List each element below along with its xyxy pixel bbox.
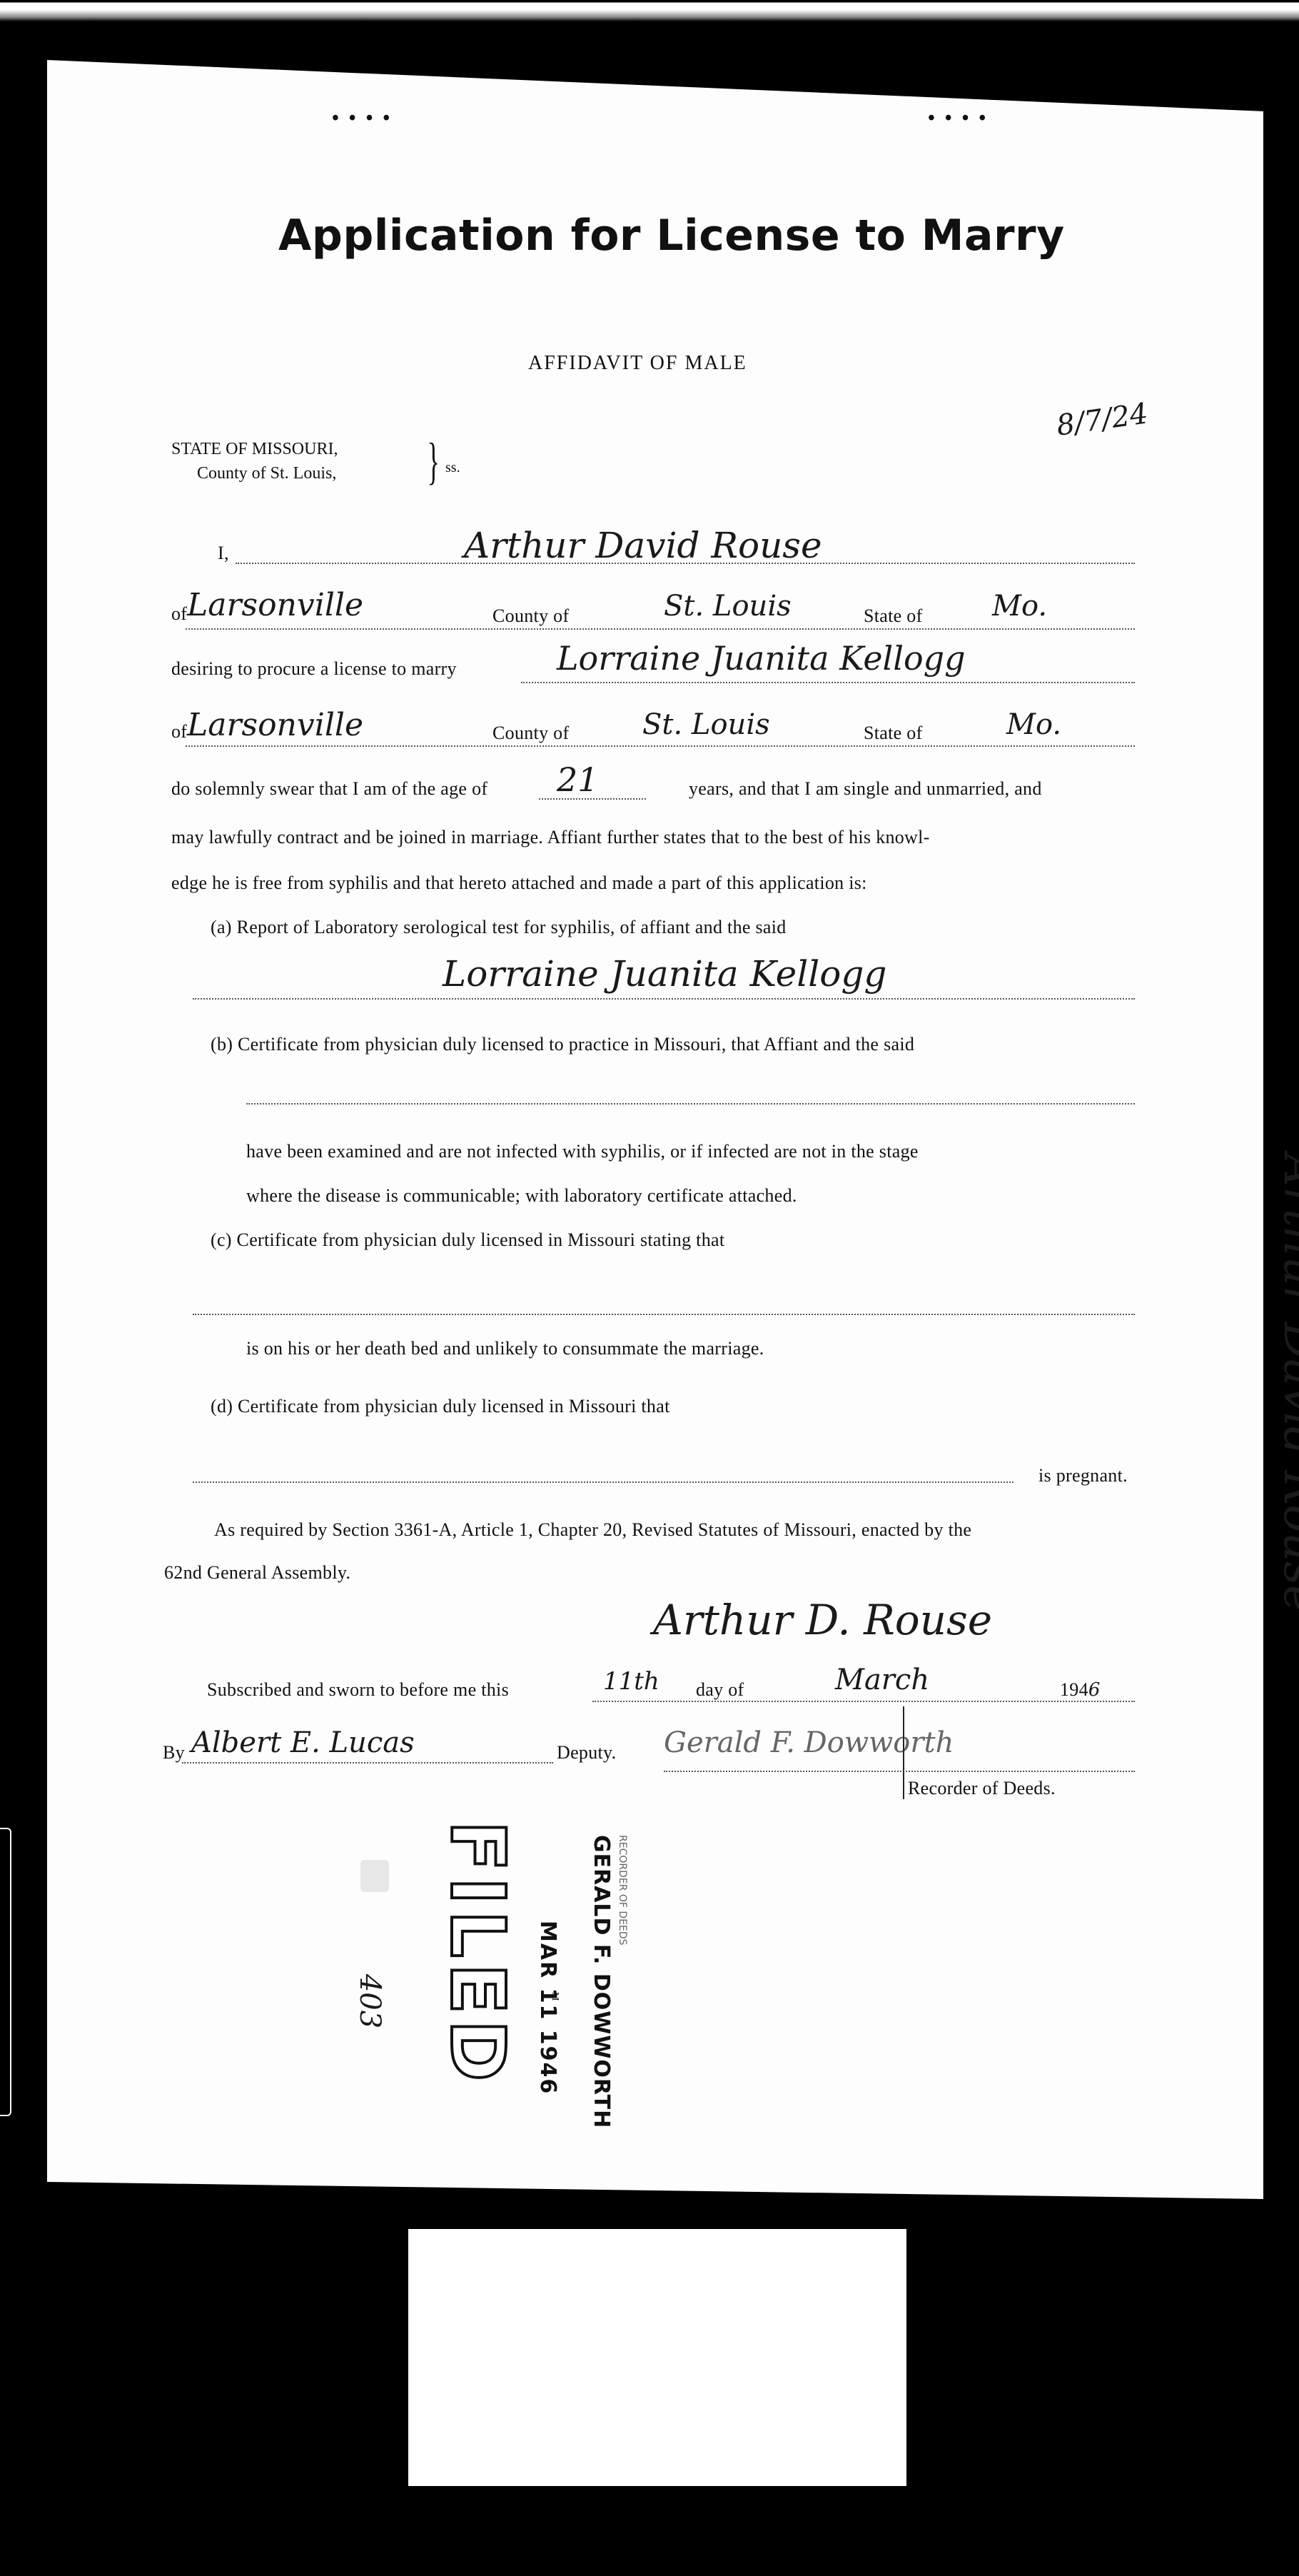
affiant-signature: Arthur D. Rouse (653, 1596, 992, 1644)
stamp-mark: M (549, 1992, 560, 2001)
clause-c-line (193, 1314, 1135, 1315)
intended-name-line (521, 682, 1135, 683)
label-desiring: desiring to procure a license to marry (171, 658, 457, 680)
label-of-2: of (171, 721, 187, 743)
punch-marks-left: •••• (332, 107, 400, 130)
deputy-signature: Albert E. Lucas (191, 1726, 415, 1759)
label-county-of: County of (492, 605, 569, 627)
document-page (47, 60, 1263, 2199)
affiant-residence-line (186, 628, 1135, 630)
page-number: 403 (353, 1974, 386, 2028)
sworn-year: 1946 (1060, 1679, 1101, 1701)
scan-top-edge (0, 0, 1299, 21)
clause-d-end: is pregnant. (1038, 1465, 1128, 1486)
document-title: Application for License to Marry (278, 211, 1065, 261)
label-recorder: Recorder of Deeds. (908, 1778, 1056, 1799)
year-prefix: 194 (1060, 1679, 1088, 1700)
label-state-of: State of (864, 605, 923, 627)
ink-smudge (360, 1860, 389, 1892)
label-state-of-2: State of (864, 723, 923, 744)
statute-line-1: As required by Section 3361-A, Article 1… (214, 1519, 971, 1541)
margin-signature: Arthur David Rouse (1273, 1154, 1299, 1612)
clause-a: (a) Report of Laboratory serological tes… (211, 917, 787, 938)
intended-city-field: Larsonville (187, 707, 363, 743)
intended-name-field: Lorraine Juanita Kellogg (557, 639, 966, 678)
venue-ss: ss. (445, 460, 460, 476)
scan-left-edge-fragment (0, 1828, 11, 2116)
oath-suffix: years, and that I am single and unmarrie… (689, 778, 1042, 800)
clause-c: (c) Certificate from physician duly lice… (211, 1229, 724, 1251)
label-i: I, (218, 543, 229, 564)
venue-county: County of St. Louis, (171, 461, 338, 485)
clause-a-name-field: Lorraine Juanita Kellogg (443, 953, 886, 995)
venue-state: STATE OF MISSOURI, (171, 437, 338, 461)
deputy-line (182, 1762, 553, 1764)
clause-a-line (193, 998, 1135, 1000)
clause-c-line-2: is on his or her death bed and unlikely … (246, 1338, 764, 1359)
clause-b-line-2: have been examined and are not infected … (246, 1141, 919, 1162)
filed-stamp: RECORDER OF DEEDS GERALD F. DOWWORTH MAR… (443, 1813, 628, 2156)
age-field: 21 (557, 760, 599, 799)
sworn-day-field: 11th (603, 1667, 659, 1696)
clause-b-line (246, 1103, 1135, 1105)
clause-d: (d) Certificate from physician duly lice… (211, 1396, 670, 1417)
affiant-state-field: Mo. (992, 590, 1047, 623)
stamp-filed-word: FILED (434, 1821, 521, 2087)
clause-d-line (193, 1481, 1014, 1483)
label-of: of (171, 603, 187, 625)
recorder-line (664, 1771, 1135, 1772)
intended-residence-line (186, 745, 1135, 747)
sworn-date-line (592, 1701, 1135, 1702)
punch-marks-right: •••• (928, 107, 996, 130)
scan-clip-shadow (801, 2200, 858, 2229)
label-deputy: Deputy. (557, 1742, 616, 1764)
venue-block: STATE OF MISSOURI, County of St. Louis, (171, 437, 338, 485)
affiant-county-field: St. Louis (664, 590, 792, 623)
blank-attached-slip (408, 2229, 906, 2486)
sworn-prefix: Subscribed and sworn to before me this (207, 1679, 509, 1701)
oath-line-3: edge he is free from syphilis and that h… (171, 872, 867, 894)
clause-b-line-3: where the disease is communicable; with … (246, 1185, 797, 1207)
document-subtitle: AFFIDAVIT OF MALE (528, 352, 747, 375)
sworn-month-field: March (835, 1664, 929, 1696)
label-county-of-2: County of (492, 723, 569, 744)
affiant-name-field: Arthur David Rouse (464, 525, 822, 566)
affiant-city-field: Larsonville (187, 587, 363, 623)
age-line (539, 798, 646, 800)
venue-brace: } (428, 436, 440, 487)
recorder-signature: Gerald F. Dowworth (664, 1726, 954, 1759)
recorder-bracket (903, 1706, 904, 1799)
intended-county-field: St. Louis (642, 708, 770, 741)
intended-state-field: Mo. (1006, 708, 1061, 741)
statute-line-2: 62nd General Assembly. (164, 1562, 350, 1584)
year-suffix-field: 6 (1088, 1679, 1101, 1701)
oath-line-2: may lawfully contract and be joined in m… (171, 827, 930, 848)
label-day-of: day of (696, 1679, 744, 1701)
stamp-recorder-name: GERALD F. DOWWORTH (589, 1835, 614, 2128)
oath-prefix: do solemnly swear that I am of the age o… (171, 778, 487, 800)
label-by: By (163, 1742, 185, 1764)
stamp-title: RECORDER OF DEEDS (617, 1835, 628, 1946)
clause-b: (b) Certificate from physician duly lice… (211, 1034, 914, 1055)
stamp-date: MAR 11 1946 (535, 1921, 560, 2095)
